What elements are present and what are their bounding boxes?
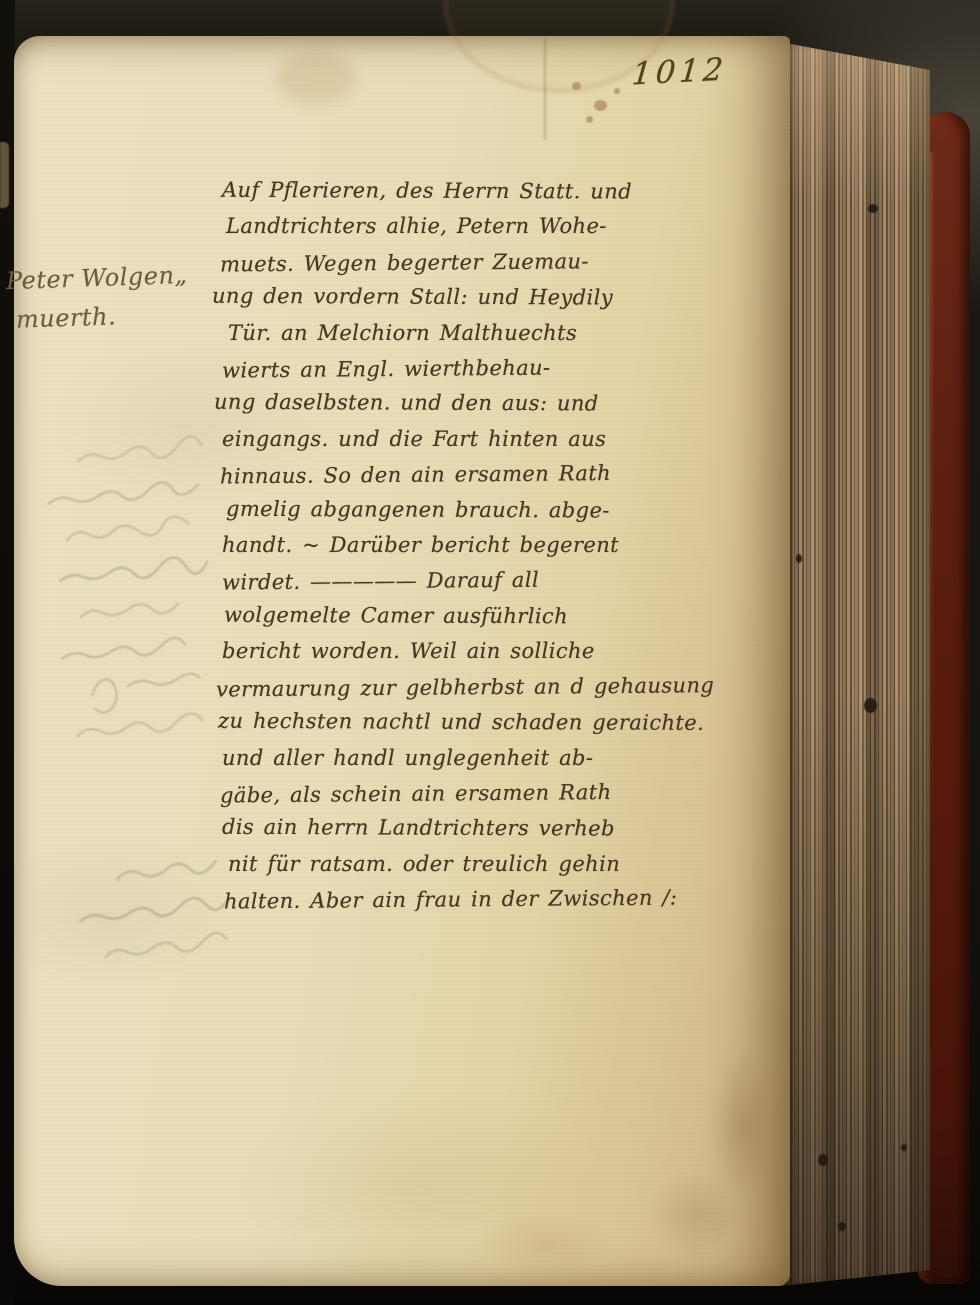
text-line: zu hechsten nachtl und schaden geraichte…: [218, 704, 788, 742]
folio-number: 1012: [630, 51, 728, 92]
text-line: gmelig abgangenen brauch. abge-: [226, 491, 788, 529]
ink-speck: [868, 204, 878, 213]
manuscript-page: 1012 Peter Wolgen„ muerth. Auf Pflerie: [14, 36, 790, 1286]
text-line: nit für ratsam. oder treulich gehin: [228, 847, 788, 882]
text-line: wirdet. ————— Darauf all: [222, 561, 788, 601]
paper-stain: [650, 1172, 740, 1258]
text-line: ung daselbsten. und den aus: und: [214, 385, 788, 423]
book-page-edges: [780, 42, 930, 1286]
text-line: Landtrichters alhie, Petern Wohe-: [226, 209, 788, 244]
paper-stain: [710, 1050, 774, 1200]
text-line: halten. Aber ain frau in der Zwischen /:: [224, 880, 788, 920]
text-line: handt. ~ Darüber bericht begerent: [222, 528, 788, 563]
text-line: und aller handl unglegenheit ab-: [222, 741, 788, 776]
text-line: hinnaus. So den ain ersamen Rath: [220, 455, 788, 495]
text-line: ung den vordern Stall: und Heydily: [212, 279, 788, 317]
text-line: eingangs. und die Fart hinten aus: [222, 422, 788, 457]
margin-note-line: muerth.: [16, 302, 117, 333]
paper-stain: [476, 1212, 616, 1274]
ink-stain-dot: [594, 100, 607, 111]
ink-speck: [796, 554, 802, 563]
ink-stain-dot: [614, 88, 620, 94]
ink-speck: [838, 1222, 846, 1231]
text-line: wolgemelte Camer ausführlich: [224, 598, 788, 636]
text-line: Auf Pflerieren, des Herrn Statt. und: [222, 173, 788, 211]
text-line: Tür. an Melchiorn Malthuechts: [228, 316, 788, 351]
text-line: bericht worden. Weil ain solliche: [222, 634, 788, 669]
text-line: muets. Wegen begerter Zuemau-: [220, 242, 788, 282]
page-edge-sliver: [0, 142, 9, 208]
text-line: gäbe, als schein ain ersamen Rath: [220, 773, 788, 813]
ink-stain-dot: [572, 82, 581, 90]
ink-speck: [901, 1144, 907, 1151]
paper-stain: [276, 52, 356, 104]
manuscript-text: Auf Pflerieren, des Herrn Statt. undLand…: [222, 174, 788, 918]
ink-speck: [818, 1154, 828, 1166]
ink-speck: [864, 698, 877, 713]
text-line: wierts an Engl. wierthbehau-: [222, 349, 788, 389]
margin-note-line: Peter Wolgen„: [6, 261, 188, 295]
paper-crease: [544, 38, 546, 140]
ink-stain-dot: [586, 116, 593, 123]
book-photo: 1012 Peter Wolgen„ muerth. Auf Pflerie: [0, 0, 980, 1305]
text-line: vermaurung zur gelbherbst an d gehausung: [216, 667, 788, 707]
text-line: dis ain herrn Landtrichters verheb: [222, 810, 788, 848]
